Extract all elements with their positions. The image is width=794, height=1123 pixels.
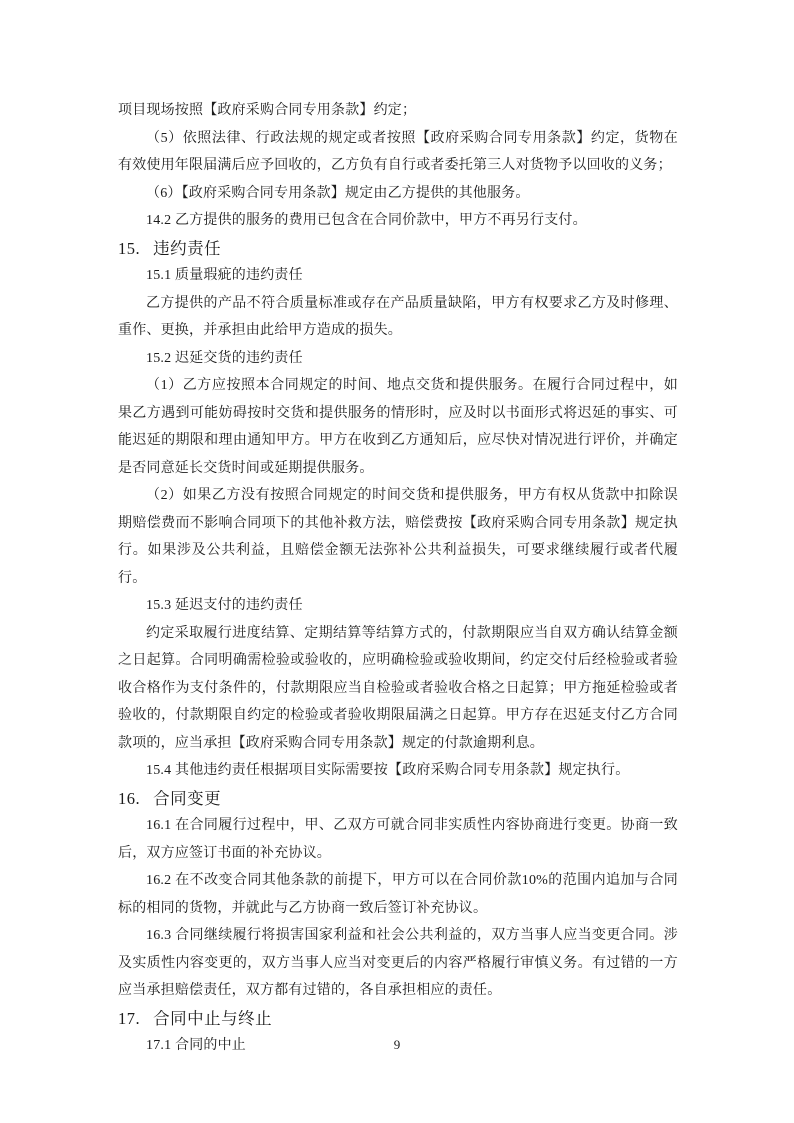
- document-page: 项目现场按照【政府采购合同专用条款】约定；（5）依照法律、行政法规的规定或者按照…: [0, 0, 794, 1123]
- section-title: 违约责任: [153, 239, 221, 258]
- paragraph: 15.3 延迟支付的违约责任: [118, 592, 678, 620]
- section-heading: 17.合同中止与终止: [118, 1005, 678, 1033]
- paragraph: 15.4 其他违约责任根据项目实际需要按【政府采购合同专用条款】规定执行。: [118, 757, 678, 785]
- paragraph: （5）依照法律、行政法规的规定或者按照【政府采购合同专用条款】约定，货物在有效使…: [118, 125, 678, 180]
- paragraph: （1）乙方应按照本合同规定的时间、地点交货和提供服务。在履行合同过程中，如果乙方…: [118, 372, 678, 482]
- section-number: 15.: [118, 239, 140, 258]
- section-number: 16.: [118, 789, 140, 808]
- paragraph: 乙方提供的产品不符合质量标准或存在产品质量缺陷，甲方有权要求乙方及时修理、重作、…: [118, 290, 678, 345]
- page-footer: 9: [0, 1036, 794, 1054]
- section-title: 合同中止与终止: [153, 1009, 272, 1028]
- paragraph: 15.2 迟延交货的违约责任: [118, 345, 678, 373]
- paragraph: 项目现场按照【政府采购合同专用条款】约定；: [118, 97, 678, 125]
- section-heading: 15.违约责任: [118, 235, 678, 263]
- paragraph: 14.2 乙方提供的服务的费用已包含在合同价款中，甲方不再另行支付。: [118, 207, 678, 235]
- paragraph: 16.1 在合同履行过程中，甲、乙双方可就合同非实质性内容协商进行变更。协商一致…: [118, 812, 678, 867]
- paragraph: 约定采取履行进度结算、定期结算等结算方式的，付款期限应当自双方确认结算金额之日起…: [118, 620, 678, 758]
- paragraph: （6）【政府采购合同专用条款】规定由乙方提供的其他服务。: [118, 180, 678, 208]
- page-number: 9: [394, 1037, 401, 1052]
- document-content: 项目现场按照【政府采购合同专用条款】约定；（5）依照法律、行政法规的规定或者按照…: [118, 97, 678, 1060]
- paragraph: 16.3 合同继续履行将损害国家利益和社会公共利益的，双方当事人应当变更合同。涉…: [118, 922, 678, 1005]
- section-number: 17.: [118, 1009, 140, 1028]
- paragraph: 16.2 在不改变合同其他条款的前提下，甲方可以在合同价款10%的范围内追加与合…: [118, 867, 678, 922]
- paragraph: （2）如果乙方没有按照合同规定的时间交货和提供服务，甲方有权从货款中扣除误期赔偿…: [118, 482, 678, 592]
- section-title: 合同变更: [153, 789, 221, 808]
- section-heading: 16.合同变更: [118, 785, 678, 813]
- paragraph: 15.1 质量瑕疵的违约责任: [118, 262, 678, 290]
